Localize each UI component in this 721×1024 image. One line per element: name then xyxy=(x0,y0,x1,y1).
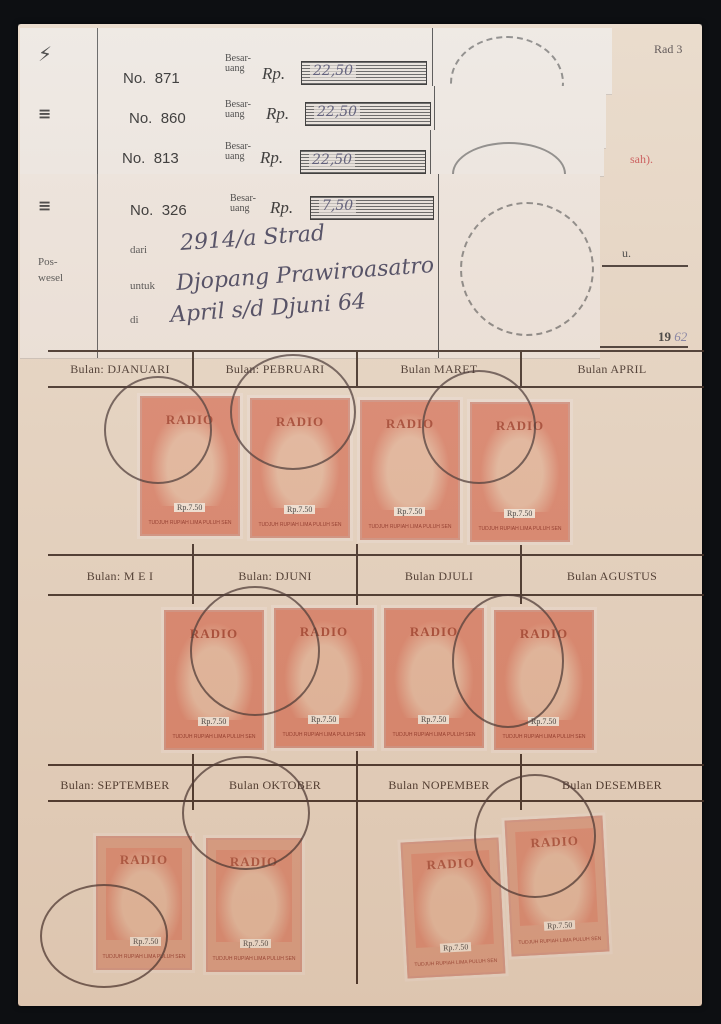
slip-number: No. 871 xyxy=(123,70,180,87)
postmark-icon xyxy=(422,370,536,484)
postmark-icon xyxy=(182,756,310,870)
slip-stub: ⚡ xyxy=(20,28,98,94)
postmark-icon xyxy=(230,354,356,470)
dari-value: 2914/a Strad xyxy=(179,221,326,256)
amount-box: 22,50 xyxy=(305,102,431,126)
month-djuli: Bulan DJULI xyxy=(358,569,520,584)
di-value: April s/d Djuni 64 xyxy=(169,289,366,328)
amount-box: 22,50 xyxy=(300,150,426,174)
dari-label: dari xyxy=(130,244,147,256)
month-april: Bulan APRIL xyxy=(522,362,702,377)
postmark-icon xyxy=(104,376,212,484)
divider xyxy=(97,130,98,176)
slip-stub: ≡ Pos-wesel xyxy=(20,174,98,358)
rp-label: Rp. xyxy=(270,198,293,218)
besar-uang-label: Besar-uang xyxy=(225,54,259,74)
divider xyxy=(438,174,439,358)
slip-number: No. 813 xyxy=(122,150,179,167)
divider xyxy=(600,346,688,348)
divider xyxy=(48,800,704,802)
month-agustus: Bulan AGUSTUS xyxy=(522,569,702,584)
amount-box: 7,50 xyxy=(310,196,434,220)
money-order-slip-813: No. 813 Besar-uang Rp. 22,50 xyxy=(20,130,604,177)
poswesel-label: Pos-wesel xyxy=(38,254,78,286)
month-djanuari: Bulan: DJANUARI xyxy=(48,362,192,377)
form-code: Rad 3 xyxy=(654,42,682,57)
untuk-value: Djopang Prawiroasatro xyxy=(175,253,434,296)
radio-license-card: Rad 3 sah). u. 19 62 ⚡ No. 871 Besar-uan… xyxy=(18,24,702,1006)
slip-number: No. 860 xyxy=(129,110,186,127)
postmark-icon xyxy=(452,594,564,728)
divider xyxy=(430,130,431,176)
month-september: Bulan: SEPTEMBER xyxy=(38,778,192,793)
divider xyxy=(602,265,688,267)
untuk-label: untuk xyxy=(130,280,155,292)
money-order-slip-326: ≡ Pos-wesel No. 326 Besar-uang Rp. 7,50 … xyxy=(20,174,600,359)
postmark-icon xyxy=(474,774,596,898)
divider xyxy=(48,594,704,596)
month-djuni: Bulan: DJUNI xyxy=(194,569,356,584)
slip-stub xyxy=(20,130,97,176)
divider xyxy=(48,554,704,556)
postmark-icon xyxy=(40,884,168,988)
divider xyxy=(432,28,433,94)
postmark-icon xyxy=(460,202,594,336)
besar-uang-label: Besar-uang xyxy=(230,194,264,214)
postmark-icon xyxy=(190,586,320,716)
year-field: 19 62 xyxy=(658,329,687,345)
besar-uang-label: Besar-uang xyxy=(225,142,259,162)
post-logo-icon: ⚡ xyxy=(38,42,52,66)
divider xyxy=(48,764,704,766)
red-text-fragment: sah). xyxy=(630,152,653,167)
post-logo-icon: ≡ xyxy=(38,196,51,215)
text-fragment: u. xyxy=(622,246,631,261)
rp-label: Rp. xyxy=(260,148,283,168)
slip-number: No. 326 xyxy=(130,202,187,219)
divider xyxy=(48,350,704,352)
money-order-slip-871: ⚡ No. 871 Besar-uang Rp. 22,50 xyxy=(20,28,612,95)
rp-label: Rp. xyxy=(266,104,289,124)
rp-label: Rp. xyxy=(262,64,285,84)
month-mei: Bulan: M E I xyxy=(48,569,192,584)
besar-uang-label: Besar-uang xyxy=(225,100,259,120)
di-label: di xyxy=(130,314,139,326)
post-logo-icon: ≡ xyxy=(38,104,51,123)
amount-box: 22,50 xyxy=(301,61,427,85)
